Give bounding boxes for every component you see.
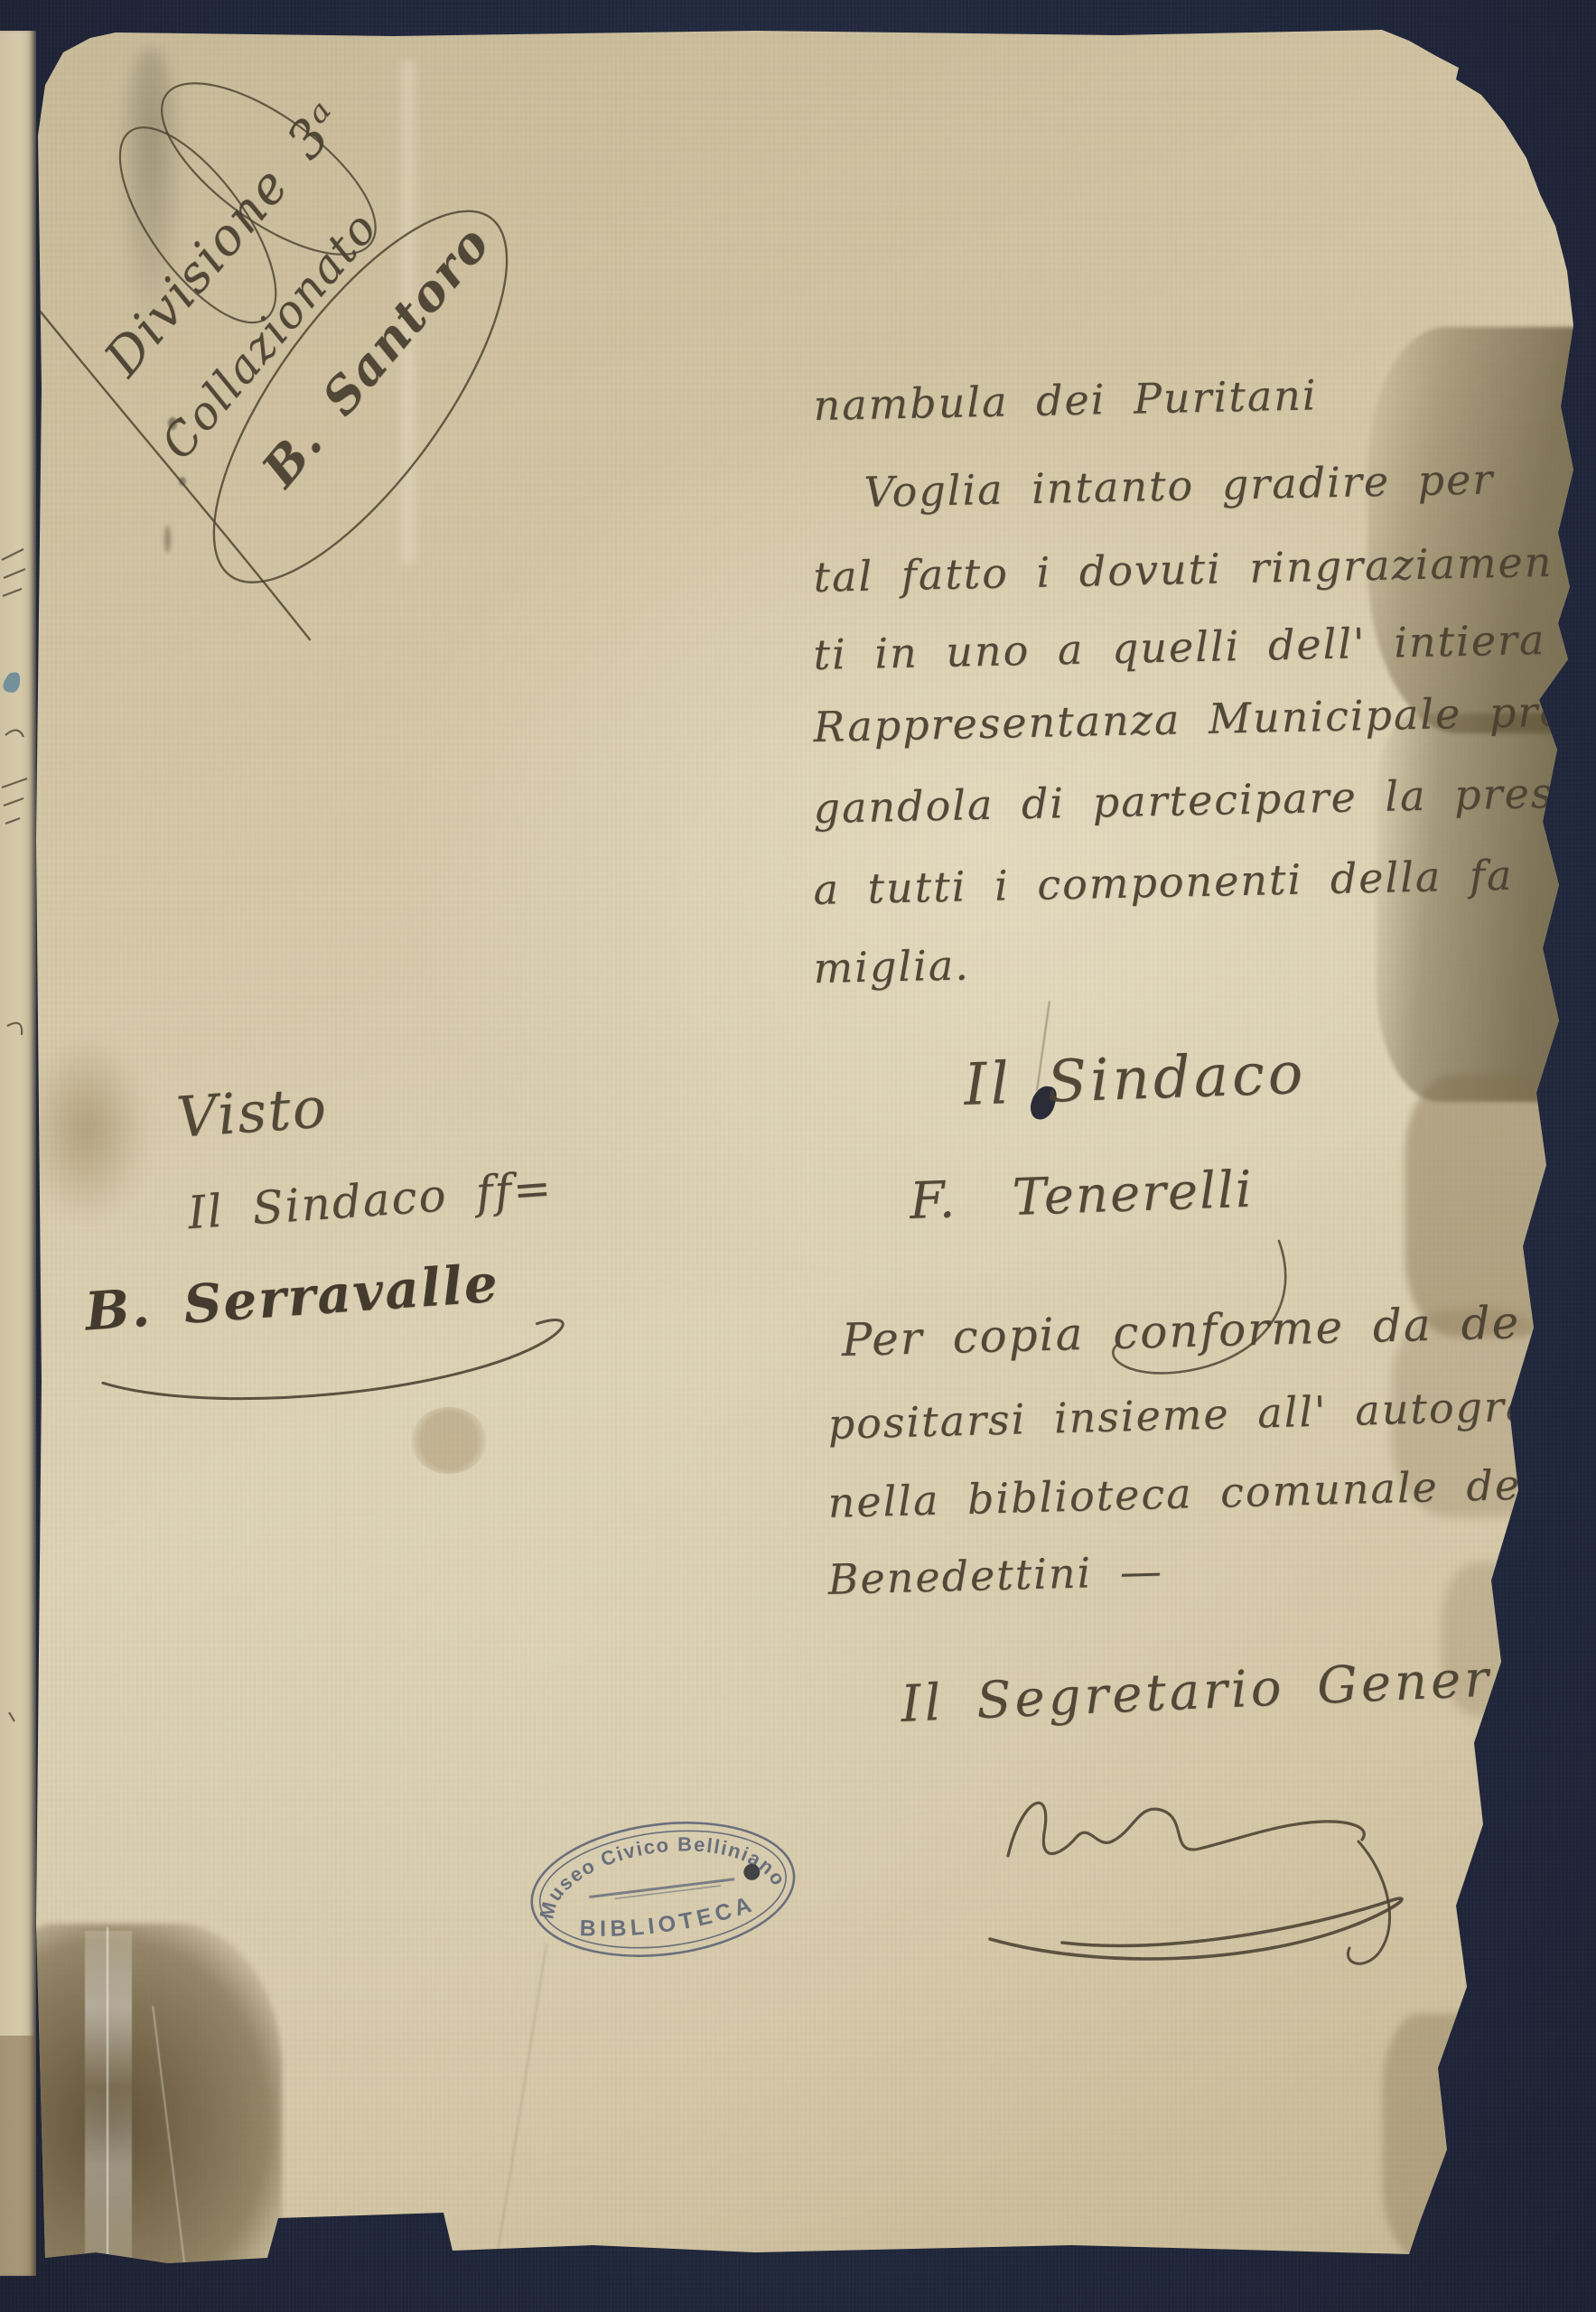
body-line: miglia. <box>813 940 970 993</box>
archival-note: Divisione 3ᵃ Collazionato B. Santoro <box>0 15 701 744</box>
visto-signature-flourish <box>55 1029 641 1464</box>
right-edge-stain <box>1367 327 1584 733</box>
manuscript-page: Divisione 3ᵃ Collazionato B. Santoro nam… <box>33 27 1582 2285</box>
crease-line <box>495 1944 547 2265</box>
scanned-manuscript-view: Divisione 3ᵃ Collazionato B. Santoro nam… <box>0 0 1596 2312</box>
adjacent-page-edge <box>0 31 36 2276</box>
tape-crease-line <box>107 1927 108 2281</box>
visto-block: Visto Il Sindaco ff= B. Serravalle <box>55 1029 641 1464</box>
mayor-name: F. Tenerelli <box>909 1161 1255 1231</box>
certification-line: nella biblioteca comunale dei <box>827 1459 1536 1527</box>
adjacent-page-ink-fragments <box>0 31 36 2276</box>
right-edge-stain <box>1383 2014 1505 2258</box>
tape-strip <box>85 1931 132 2278</box>
secretary-signature <box>954 1748 1460 2000</box>
body-line: nambula dei Puritani <box>813 370 1318 430</box>
bottom-left-stain <box>20 1924 282 2285</box>
mayor-title: Il Sindaco <box>963 1040 1307 1119</box>
library-stamp: Museo Civico Belliniano BIBLIOTECA <box>520 1804 807 1975</box>
certification-line: Benedettini — <box>827 1546 1163 1604</box>
secretary-title: Il Segretario Generale <box>900 1645 1581 1734</box>
